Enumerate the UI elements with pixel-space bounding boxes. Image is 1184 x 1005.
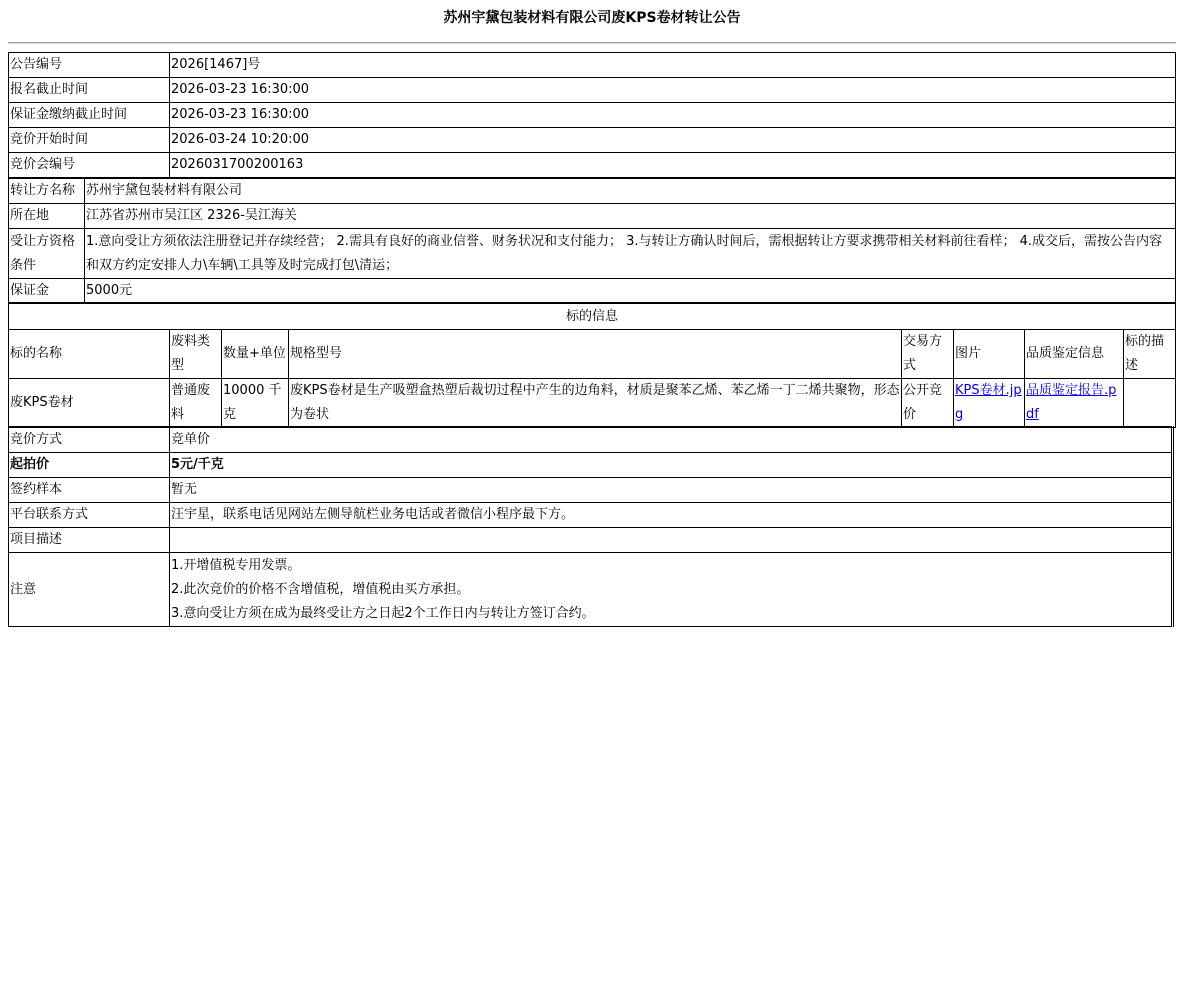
column-header: 数量+单位 xyxy=(222,330,289,379)
table-row: 注意 1.开增值税专用发票。 2.此次竞价的价格不含增值税，增值税由买方承担。 … xyxy=(9,553,1173,627)
deposit-deadline: 2026-03-23 16:30:00 xyxy=(170,103,1176,128)
field-label: 平台联系方式 xyxy=(9,503,170,528)
table-row: 项目描述 xyxy=(9,528,1173,553)
item-name: 废KPS卷材 xyxy=(9,379,170,428)
table-row: 竞价会编号 2026031700200163 xyxy=(9,153,1176,178)
field-label: 竞价会编号 xyxy=(9,153,170,178)
column-header: 标的描述 xyxy=(1124,330,1176,379)
column-header: 规格型号 xyxy=(289,330,902,379)
deposit-amount: 5000元 xyxy=(85,279,1176,304)
field-label: 保证金缴纳截止时间 xyxy=(9,103,170,128)
auction-start-time: 2026-03-24 10:20:00 xyxy=(170,128,1176,153)
items-table: 标的信息 标的名称 废料类型 数量+单位 规格型号 交易方式 图片 品质鉴定信息… xyxy=(8,302,1176,428)
table-row: 平台联系方式 汪宇星，联系电话见网站左侧导航栏业务电话或者微信小程序最下方。 xyxy=(9,503,1173,528)
note-line: 3.意向受让方须在成为最终受让方之日起2个工作日内与转让方签订合约。 xyxy=(171,602,1170,626)
table-row: 起拍价 5元/千克 xyxy=(9,453,1173,478)
field-label: 起拍价 xyxy=(9,453,170,478)
page-title: 苏州宇黛包装材料有限公司废KPS卷材转让公告 xyxy=(0,9,1184,27)
field-label: 所在地 xyxy=(9,204,85,229)
field-label: 公告编号 xyxy=(9,53,170,78)
field-label: 项目描述 xyxy=(9,528,170,553)
basic-info-table: 公告编号 2026[1467]号 报名截止时间 2026-03-23 16:30… xyxy=(8,52,1176,178)
item-quality-cell: 品质鉴定报告.pdf xyxy=(1025,379,1124,428)
item-trade-method: 公开竞价 xyxy=(902,379,954,428)
announcement-number: 2026[1467]号 xyxy=(170,53,1176,78)
field-label: 竞价方式 xyxy=(9,427,170,453)
section-header-row: 标的信息 xyxy=(9,303,1176,330)
column-header: 品质鉴定信息 xyxy=(1025,330,1124,379)
column-header: 废料类型 xyxy=(170,330,222,379)
table-row: 报名截止时间 2026-03-23 16:30:00 xyxy=(9,78,1176,103)
seller-info-table: 转让方名称 苏州宇黛包装材料有限公司 所在地 江苏省苏州市吴江区 2326-吴江… xyxy=(8,177,1176,304)
item-spec: 废KPS卷材是生产吸塑盒热塑后裁切过程中产生的边角料，材质是聚苯乙烯、苯乙烯一丁… xyxy=(289,379,902,428)
field-label: 转让方名称 xyxy=(9,178,85,204)
column-header-row: 标的名称 废料类型 数量+单位 规格型号 交易方式 图片 品质鉴定信息 标的描述 xyxy=(9,330,1176,379)
field-label: 保证金 xyxy=(9,279,85,304)
seller-name: 苏州宇黛包装材料有限公司 xyxy=(85,178,1176,204)
note-line: 1.开增值税专用发票。 xyxy=(171,554,1170,578)
field-label: 注意 xyxy=(9,553,170,627)
field-label: 签约样本 xyxy=(9,478,170,503)
table-row: 废KPS卷材 普通废料 10000 千克 废KPS卷材是生产吸塑盒热塑后裁切过程… xyxy=(9,379,1176,428)
table-row: 保证金缴纳截止时间 2026-03-23 16:30:00 xyxy=(9,103,1176,128)
seller-location: 江苏省苏州市吴江区 2326-吴江海关 xyxy=(85,204,1176,229)
registration-deadline: 2026-03-23 16:30:00 xyxy=(170,78,1176,103)
platform-contact: 汪宇星，联系电话见网站左侧导航栏业务电话或者微信小程序最下方。 xyxy=(170,503,1173,528)
table-row: 所在地 江苏省苏州市吴江区 2326-吴江海关 xyxy=(9,204,1176,229)
table-row: 竞价开始时间 2026-03-24 10:20:00 xyxy=(9,128,1176,153)
table-row: 受让方资格条件 1.意向受让方须依法注册登记并存续经营； 2.需具有良好的商业信… xyxy=(9,229,1176,279)
starting-price: 5元/千克 xyxy=(170,453,1173,478)
contract-sample: 暂无 xyxy=(170,478,1173,503)
field-label: 报名截止时间 xyxy=(9,78,170,103)
items-section-heading: 标的信息 xyxy=(9,303,1176,330)
item-waste-type: 普通废料 xyxy=(170,379,222,428)
column-header: 标的名称 xyxy=(9,330,170,379)
auction-info-table: 竞价方式 竞单价 起拍价 5元/千克 签约样本 暂无 平台联系方式 汪宇星，联系… xyxy=(8,426,1174,627)
column-header: 图片 xyxy=(954,330,1025,379)
title-divider xyxy=(8,42,1176,44)
notes-cell: 1.开增值税专用发票。 2.此次竞价的价格不含增值税，增值税由买方承担。 3.意… xyxy=(170,553,1173,627)
table-row: 公告编号 2026[1467]号 xyxy=(9,53,1176,78)
table-row: 竞价方式 竞单价 xyxy=(9,427,1173,453)
field-label: 竞价开始时间 xyxy=(9,128,170,153)
table-row: 签约样本 暂无 xyxy=(9,478,1173,503)
item-image-cell: KPS卷材.jpg xyxy=(954,379,1025,428)
table-row: 转让方名称 苏州宇黛包装材料有限公司 xyxy=(9,178,1176,204)
note-line: 2.此次竞价的价格不含增值税，增值税由买方承担。 xyxy=(171,578,1170,602)
bidding-method: 竞单价 xyxy=(170,427,1173,453)
auction-number: 2026031700200163 xyxy=(170,153,1176,178)
project-description xyxy=(170,528,1173,553)
item-description xyxy=(1124,379,1176,428)
item-image-link[interactable]: KPS卷材.jpg xyxy=(955,383,1022,422)
quality-report-link[interactable]: 品质鉴定报告.pdf xyxy=(1026,383,1116,422)
field-label: 受让方资格条件 xyxy=(9,229,85,279)
column-header: 交易方式 xyxy=(902,330,954,379)
table-row: 保证金 5000元 xyxy=(9,279,1176,304)
item-quantity: 10000 千克 xyxy=(222,379,289,428)
buyer-qualifications: 1.意向受让方须依法注册登记并存续经营； 2.需具有良好的商业信誉、财务状况和支… xyxy=(85,229,1176,279)
